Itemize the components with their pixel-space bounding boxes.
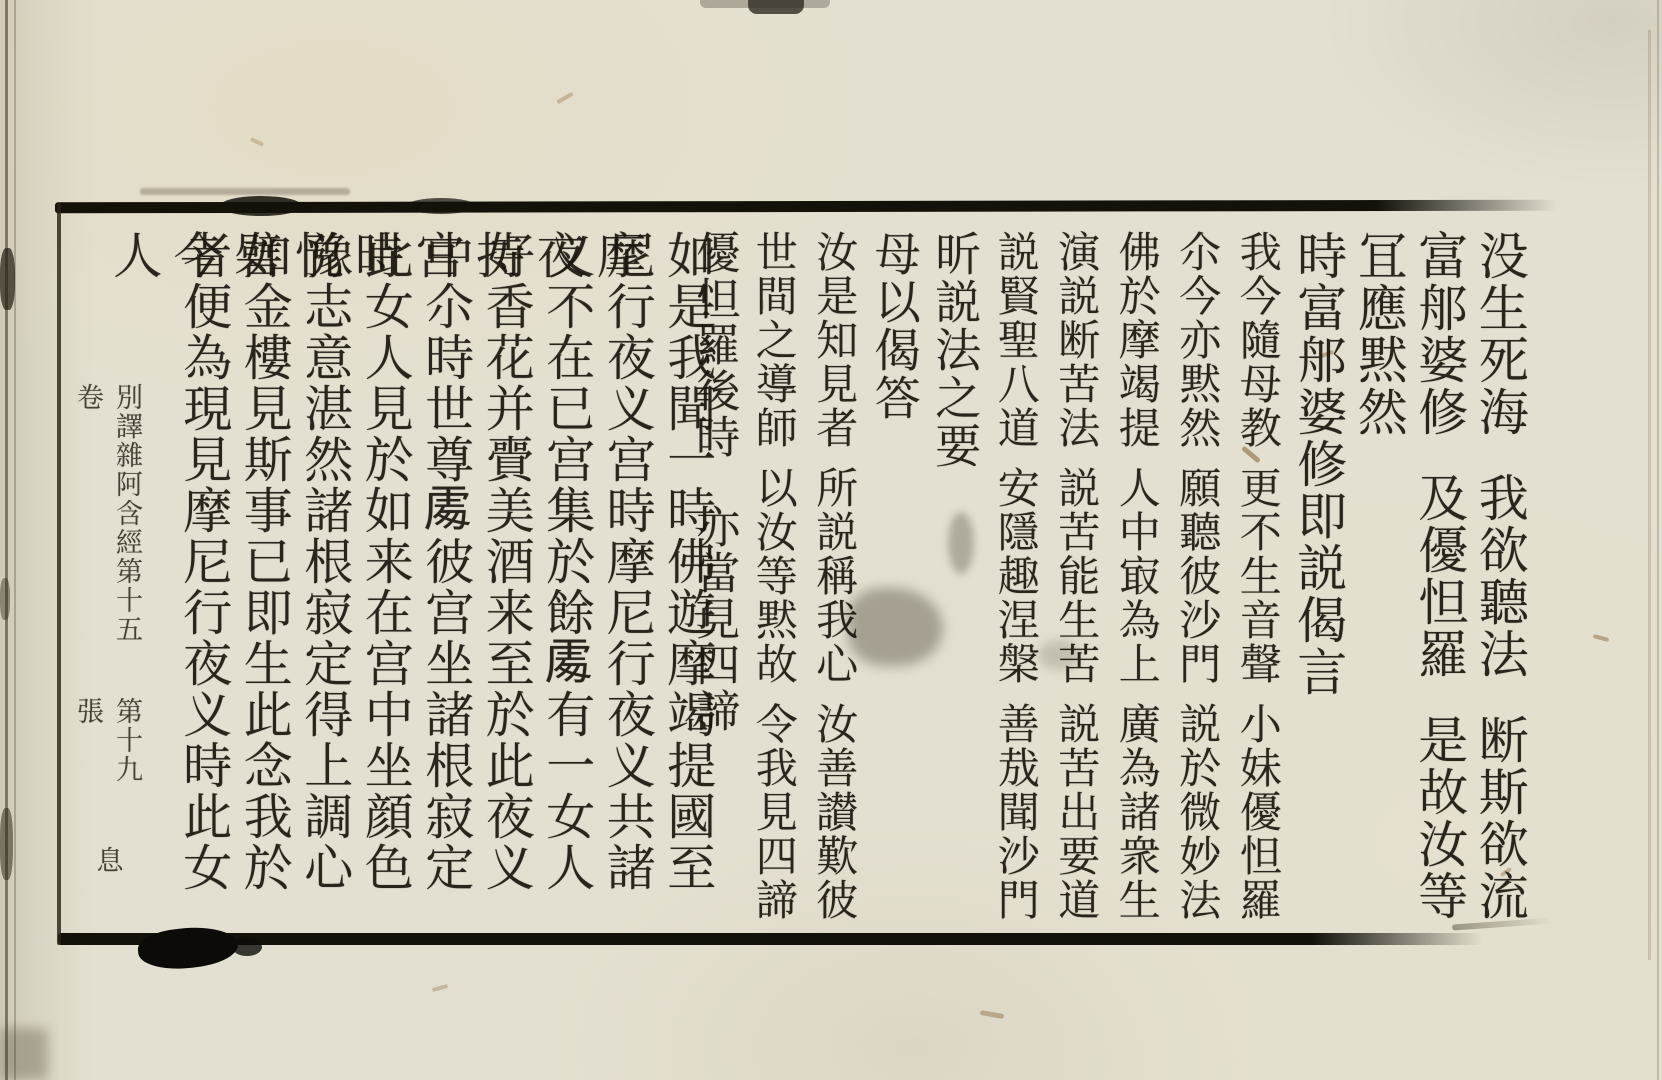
column-segment: 時富郍婆修即説偈言	[1282, 230, 1354, 698]
column-segment: 人中㝡為上	[1107, 466, 1167, 686]
column-segment: 願聽彼沙門	[1167, 466, 1227, 686]
colophon-column: 別譯雜阿含經第十五卷第十九張息	[80, 383, 134, 875]
column-segment: 更不生音聲	[1228, 466, 1288, 686]
text-column: 佛於摩竭提人中㝡為上廣為諸衆生	[1107, 230, 1168, 922]
paper-fiber	[1593, 634, 1609, 642]
text-column: 汝是知見者所説稱我心汝善讃歎彼	[804, 230, 865, 922]
column-segment: 説苦出要道	[1046, 702, 1106, 922]
text-column: 我今隨母教更不生音聲小妹優怛羅	[1228, 230, 1289, 922]
ink-blot-bottom-left	[136, 924, 239, 973]
column-segment: 説於微妙法	[1167, 702, 1227, 922]
column-segment: 安隱趣涅槃	[986, 466, 1046, 686]
column-segment: 汝善讃歎彼	[804, 702, 864, 922]
text-column: 説賢聖八道安隱趣涅槃善㦲聞沙門	[986, 230, 1047, 922]
top-edge-smudge	[700, 0, 830, 8]
paper-fiber	[556, 92, 574, 104]
column-segment: 母以偈答	[862, 230, 928, 422]
paper-fiber	[250, 137, 264, 147]
manuscript-page: 没生死海我欲聽法断斯欲流富郍婆修及優怛羅是故汝等冝應黙然時富郍婆修即説偈言我今隨…	[0, 0, 1662, 1080]
column-segment: 汝是知見者	[804, 230, 864, 450]
paper-fiber	[980, 1010, 1005, 1019]
spine-crease-line	[14, 0, 16, 1080]
frame-bottom-border	[58, 933, 1483, 945]
spine-crease-line	[5, 0, 8, 1080]
colophon-segment: 第十九張	[68, 697, 146, 808]
column-segment: 我今隨母教	[1228, 230, 1288, 450]
colophon-segment: 息	[88, 846, 127, 875]
text-column: 没生死海我欲聽法断斯欲流	[1470, 230, 1531, 922]
border-smudge	[140, 188, 350, 195]
column-segment: 世間之導師	[744, 230, 804, 450]
column-segment: 佛於摩竭提	[1107, 230, 1167, 450]
right-margin-fold-line	[1648, 30, 1651, 960]
column-segment: 尒今亦黙然	[1167, 230, 1227, 450]
column-segment: 小妹優怛羅	[1228, 702, 1288, 922]
frame-left-border	[57, 203, 61, 945]
text-column: 冝應黙然	[1349, 230, 1410, 922]
frame-top-border	[55, 200, 1557, 214]
text-column: 時富郍婆修即説偈言	[1288, 230, 1349, 922]
paper-fiber	[432, 984, 448, 992]
text-column: 演説断苦法説苦能生苦説苦出要道	[1046, 230, 1107, 922]
column-segment: 善㦲聞沙門	[986, 702, 1046, 922]
column-segment: 是故汝等	[1403, 714, 1475, 922]
text-column: 尒今亦黙然願聽彼沙門説於微妙法	[1167, 230, 1228, 922]
column-segment: 昕説法之要	[922, 230, 988, 470]
text-column: 世間之導師以汝等黙故令我見四諦	[744, 230, 805, 922]
column-segment: 所説稱我心	[804, 466, 864, 686]
right-margin-fold-line	[1657, 0, 1659, 1080]
column-segment: 以汝等黙故	[744, 466, 804, 686]
text-column: 富郍婆修及優怛羅是故汝等	[1409, 230, 1470, 922]
text-columns: 没生死海我欲聽法断斯欲流富郍婆修及優怛羅是故汝等冝應黙然時富郍婆修即説偈言我今隨…	[138, 230, 1530, 922]
column-segment: 演説断苦法	[1046, 230, 1106, 450]
text-column: 昕説法之要	[925, 230, 986, 922]
ink-blot-bottom-left-satellite	[232, 938, 262, 956]
column-segment: 廣為諸衆生	[1107, 702, 1167, 922]
column-segment: 説賢聖八道	[986, 230, 1046, 450]
text-column: 者便為現見摩尼行夜义時此女人	[139, 230, 200, 922]
text-column: 母以偈答	[865, 230, 926, 922]
column-segment: 令我見四諦	[744, 702, 804, 922]
colophon-segment: 別譯雜阿含經第十五卷	[68, 383, 146, 659]
column-segment: 説苦能生苦	[1046, 466, 1106, 686]
top-edge-smudge	[748, 0, 804, 14]
column-segment: 及優怛羅	[1403, 472, 1475, 680]
